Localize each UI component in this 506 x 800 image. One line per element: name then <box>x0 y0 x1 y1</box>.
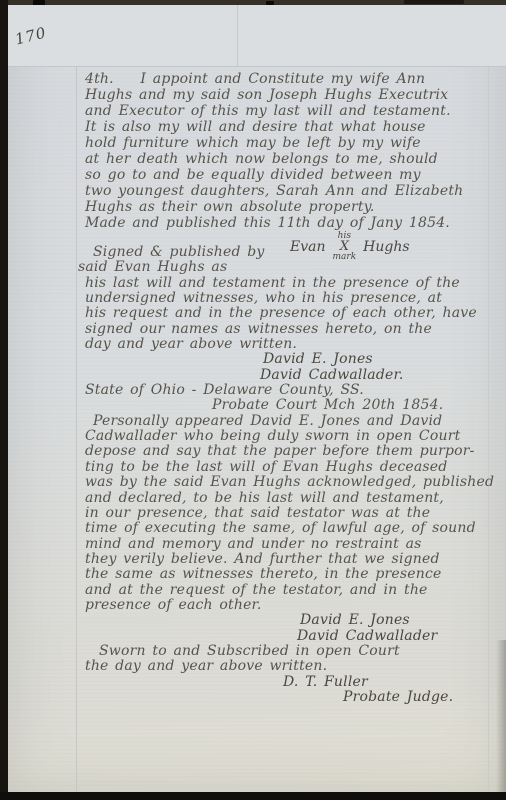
witness-signature: David E. Jones <box>300 613 499 628</box>
judge-signature: D. T. Fuller <box>283 675 499 690</box>
handwritten-line: and at the request of the testator, and … <box>85 583 499 598</box>
handwritten-line: his last will and testament in the prese… <box>85 276 499 291</box>
handwritten-line: Hughs as their own absolute property. <box>85 199 495 215</box>
document-page: 170 4th. I appoint and Constitute my wif… <box>8 5 506 793</box>
binding-mark <box>404 0 464 4</box>
handwritten-line: Personally appeared David E. Jones and D… <box>93 414 499 429</box>
witness-signature: David Cadwallader. <box>260 368 499 383</box>
attestation-and-probate-paragraph: Signed & published by said Evan Hughs as… <box>85 245 499 705</box>
handwritten-line: two youngest daughters, Sarah Ann and El… <box>85 183 495 199</box>
handwritten-line: presence of each other. <box>85 598 499 613</box>
handwritten-line: ting to be the last will of Evan Hughs d… <box>85 460 499 475</box>
scan-left-border <box>0 0 8 800</box>
handwritten-line: and declared, to be his last will and te… <box>85 491 499 506</box>
handwritten-line: at her death which now belongs to me, sh… <box>85 151 495 167</box>
handwritten-line: day and year above written. <box>85 337 499 352</box>
scan-bottom-border <box>0 792 506 800</box>
will-clause-paragraph: 4th. I appoint and Constitute my wife An… <box>85 71 495 231</box>
left-margin-rule <box>76 67 77 793</box>
handwritten-line: Cadwallader who being duly sworn in open… <box>85 429 499 444</box>
handwritten-line: 4th. I appoint and Constitute my wife An… <box>85 71 495 87</box>
handwritten-line: time of executing the same, of lawful ag… <box>85 521 499 536</box>
handwritten-line: his request and in the presence of each … <box>85 306 499 321</box>
handwritten-line: in our presence, that said testator was … <box>85 506 499 521</box>
handwritten-line: signed our names as witnesses hereto, on… <box>85 322 499 337</box>
page-right-edge-shadow <box>496 640 506 792</box>
handwritten-line: undersigned witnesses, who in his presen… <box>85 291 499 306</box>
jurisdiction-line: State of Ohio - Delaware County, SS. <box>85 383 499 398</box>
handwritten-line: It is also my will and desire that what … <box>85 119 495 135</box>
handwritten-line: Made and published this 11th day of Jany… <box>85 215 495 231</box>
handwritten-line: so go to and be equally divided between … <box>85 167 495 183</box>
court-date-line: Probate Court Mch 20th 1854. <box>212 398 499 413</box>
handwritten-line: Signed & published by <box>93 245 499 260</box>
handwritten-line: mind and memory and under no restraint a… <box>85 537 499 552</box>
witness-signature: David E. Jones <box>263 352 499 367</box>
handwritten-line: Sworn to and Subscribed in open Court <box>99 644 499 659</box>
handwritten-line: and Executor of this my last will and te… <box>85 103 495 119</box>
handwritten-line: Hughs and my said son Joseph Hughs Execu… <box>85 87 495 103</box>
handwritten-line: was by the said Evan Hughs acknowledged,… <box>85 475 499 490</box>
previous-leaf-edge <box>237 5 238 66</box>
handwritten-line: depose and say that the paper before the… <box>85 444 499 459</box>
witness-signature: David Cadwallader <box>297 629 499 644</box>
page-top-margin-area <box>8 5 506 67</box>
handwritten-line: the same as witnesses thereto, in the pr… <box>85 567 499 582</box>
handwritten-line: they verily believe. And further that we… <box>85 552 499 567</box>
judge-title: Probate Judge. <box>343 690 499 705</box>
book-scan: 170 4th. I appoint and Constitute my wif… <box>0 0 506 800</box>
handwritten-line: said Evan Hughs as <box>78 260 499 275</box>
handwritten-line: hold furniture which may be left by my w… <box>85 135 495 151</box>
handwritten-line: the day and year above written. <box>85 659 499 674</box>
